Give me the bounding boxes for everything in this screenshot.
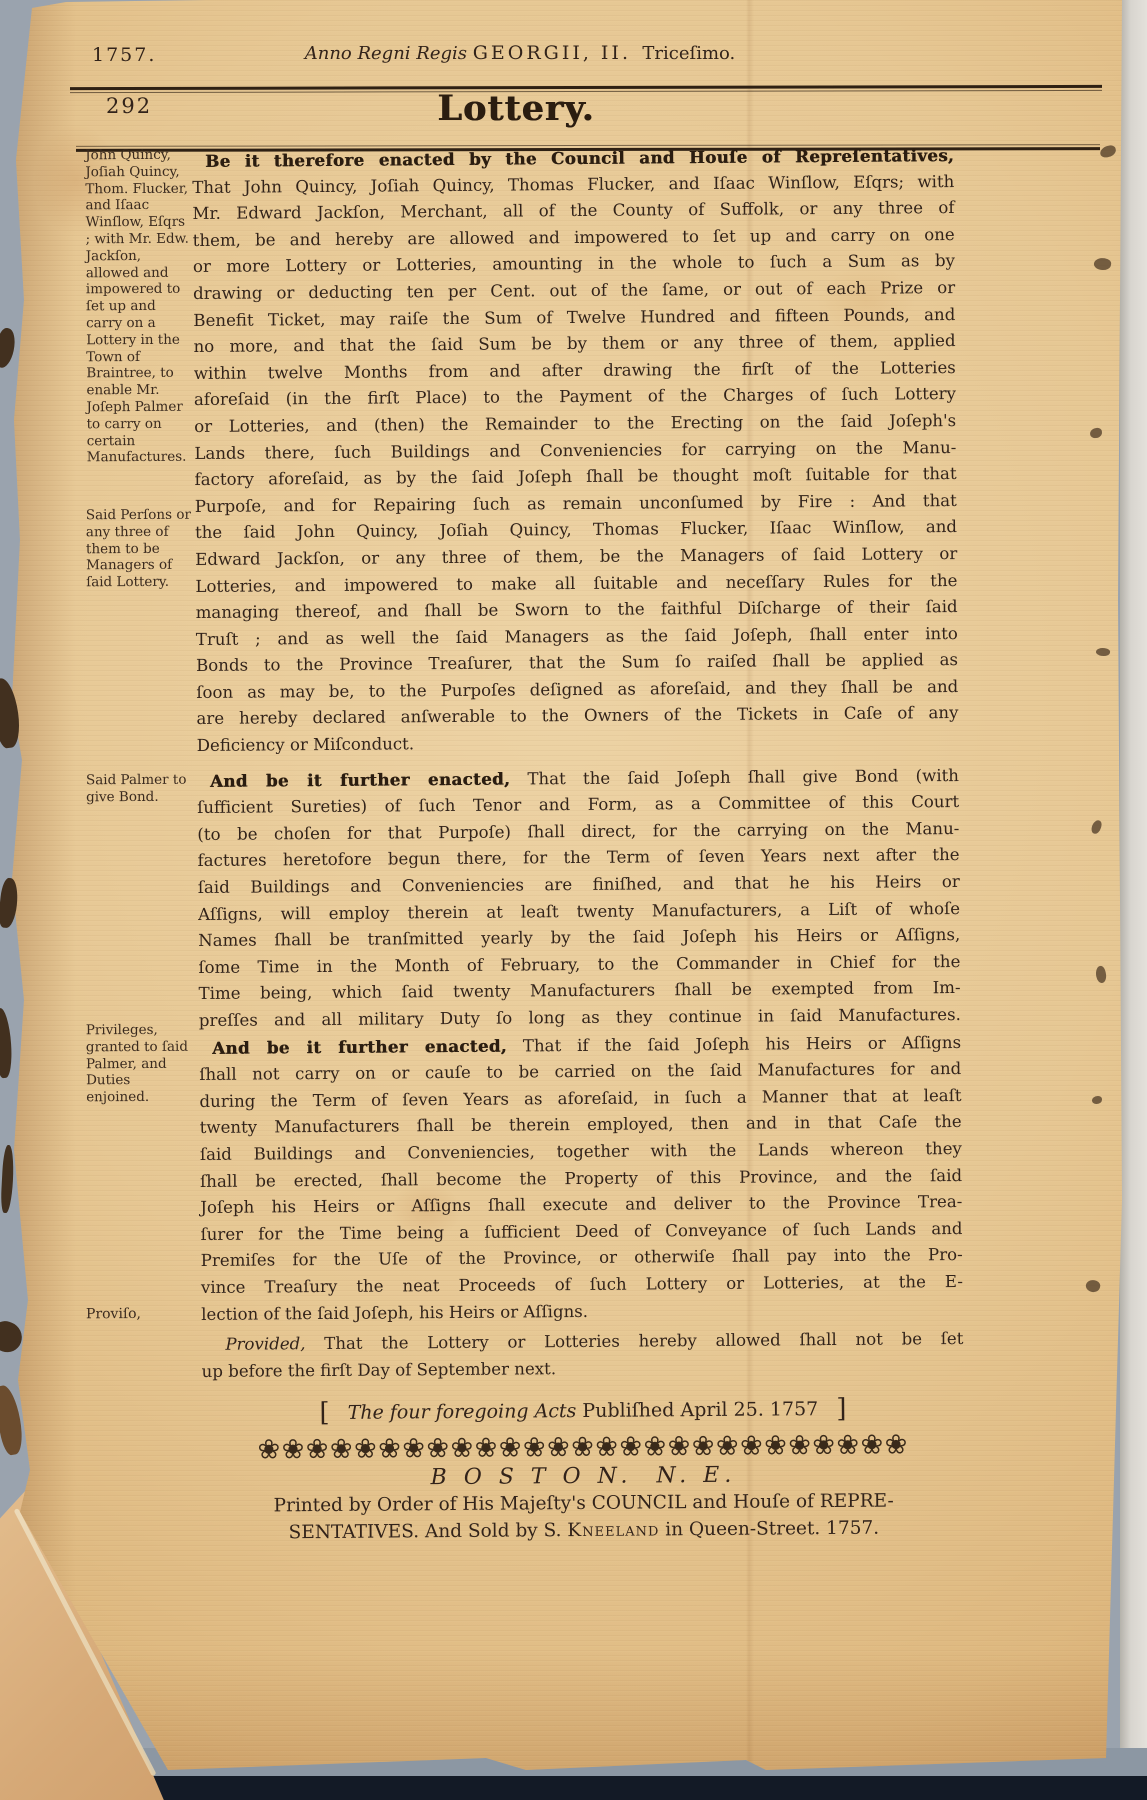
act-paragraph-3: And be it further enacted, That if the ſ… xyxy=(199,1029,963,1329)
publication-note-italic: The four foregoing Acts xyxy=(348,1400,583,1424)
margin-note-3: Said Palmer to give Bond. xyxy=(86,772,192,806)
paper-tear xyxy=(0,1145,15,1213)
text-line: lection of the ſaid Joſeph, his Heirs or… xyxy=(201,1296,963,1329)
page-paper: 1757. Anno Regni Regis GEORGII, II. Tric… xyxy=(6,0,1122,1780)
act-paragraph-2-lines: ſufficient Sureties) of ſuch Tenor and F… xyxy=(197,789,961,1034)
page-year: 1757. xyxy=(92,44,156,66)
act-text: Be it therefore enacted by the Council a… xyxy=(192,142,965,1547)
margin-note-4: Privileges, granted to ſaid Palmer, and … xyxy=(86,1022,192,1107)
proviso-last-line: up before the firſt Day of September nex… xyxy=(202,1353,964,1386)
imprint-line-2-pre: SENTATIVES. And Sold by S. xyxy=(289,1520,568,1543)
publication-note: [ The four foregoing Acts Publiſhed Apri… xyxy=(202,1395,964,1428)
act-paragraph-4: Provided, That the Lottery or Lotteries … xyxy=(201,1326,963,1385)
paper-tear xyxy=(0,1008,13,1079)
enacting-clause-3: And be it further enacted, xyxy=(212,1035,507,1057)
imprint-line-2: SENTATIVES. And Sold by S. Kneeland in Q… xyxy=(203,1514,965,1547)
section-title: Lottery. xyxy=(306,88,726,129)
act-paragraph-3-lines: ſhall not carry on or cauſe to be carrie… xyxy=(199,1056,963,1328)
margin-note-5: Proviſo, xyxy=(86,1306,192,1323)
margin-note-2: Said Perſons or any three of them to be … xyxy=(86,507,192,592)
running-head-latin: Anno Regni Regis xyxy=(305,43,473,64)
paper-tear xyxy=(0,327,18,370)
publication-note-roman: Publiſhed April 25. 1757 xyxy=(582,1398,818,1422)
imprint-printer-name: Kneeland xyxy=(567,1519,659,1541)
act-paragraph-1: Be it therefore enacted by the Council a… xyxy=(192,142,959,760)
text-line: Deficiency or Miſconduct. xyxy=(197,727,959,760)
imprint-line-2-post: in Queen-Street. 1757. xyxy=(659,1518,879,1541)
act-paragraph-2: And be it further enacted, That the ſaid… xyxy=(197,762,961,1035)
act-paragraph-1-lines: That John Quincy, Joſiah Quincy, Thomas … xyxy=(192,169,959,760)
scanner-edge-right xyxy=(1120,0,1147,1800)
bracket-close: ] xyxy=(836,1394,846,1424)
enacting-clause-2-rest: That the ſaid Joſeph ſhall give Bond (wi… xyxy=(510,766,959,789)
running-head: Anno Regni Regis GEORGII, II. Triceſimo. xyxy=(200,42,840,64)
proviso-word: Provided, xyxy=(225,1334,305,1354)
running-head-tail: Triceſimo. xyxy=(631,43,735,64)
enacting-clause-3-rest: That if the ſaid Joſeph his Heirs or Aſſ… xyxy=(507,1033,961,1056)
running-head-king: GEORGII, II. xyxy=(473,42,631,64)
fleuron-ornament-row: ❀❀❀❀❀❀❀❀❀❀❀❀❀❀❀❀❀❀❀❀❀❀❀❀❀❀❀ xyxy=(202,1432,964,1465)
scanner-edge-bottom-dark xyxy=(0,1776,1147,1800)
margin-note-1: John Quincy, Joſiah Quincy, Thom. Flucke… xyxy=(85,147,193,467)
proviso-rest: That the Lottery or Lotteries hereby all… xyxy=(305,1329,963,1353)
bracket-open: [ xyxy=(319,1398,329,1428)
enacting-clause-2: And be it further enacted, xyxy=(210,768,510,790)
page-number: 292 xyxy=(106,94,152,118)
